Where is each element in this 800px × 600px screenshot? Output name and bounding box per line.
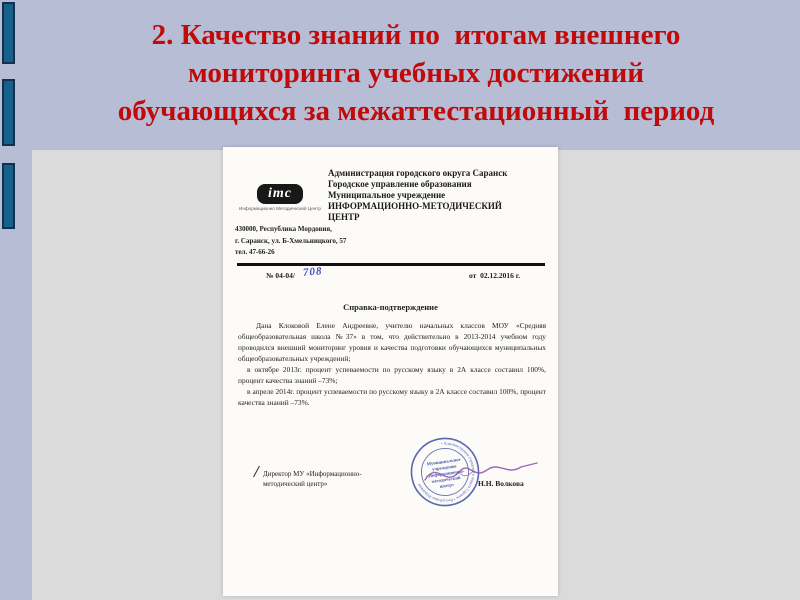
signatory-name: Н.Н. Волкова: [478, 479, 524, 488]
body-paragraph: в апреле 2014г. процент успеваемости по …: [238, 386, 546, 408]
org-line: Администрация городского округа Саранск: [328, 168, 550, 179]
document-date: от 02.12.2016 г.: [469, 271, 520, 280]
imc-logo: imc: [257, 184, 303, 204]
address-line: 430000, Республика Мордовия,: [235, 224, 415, 236]
address-line: тел. 47-66-26: [235, 247, 415, 259]
presentation-slide: { "slide": { "title_lines": [ "2. Качест…: [0, 0, 800, 600]
body-paragraph: Дана Клоковой Елене Андреевне, учителю н…: [238, 320, 546, 364]
signatory-position-line: Директор МУ «Информационно-: [263, 469, 383, 479]
signatory-position-line: методический центр»: [263, 479, 383, 489]
reference-number: № 04-04/: [266, 271, 295, 280]
letterhead-organization: Администрация городского округа Саранск …: [328, 168, 550, 223]
org-line: Муниципальное учреждение: [328, 190, 550, 201]
scanned-document: imc Информационно Методический Центр Адм…: [223, 147, 558, 596]
letterhead-divider: [237, 263, 545, 266]
slide-title: 2. Качество знаний по итогам внешнего мо…: [40, 16, 792, 130]
slide-title-line-3: обучающихся за межаттестационный период: [40, 92, 792, 130]
org-line: Городское управление образования: [328, 179, 550, 190]
accent-bar-2: [2, 79, 15, 146]
handwritten-signature: [419, 450, 545, 496]
body-paragraph: в октябре 2013г. процент успеваемости по…: [238, 364, 546, 386]
slide-title-line-2: мониторинга учебных достижений: [40, 54, 792, 92]
imc-logo-caption: Информационно Методический Центр: [225, 206, 335, 211]
org-line: ЦЕНТР: [328, 212, 550, 223]
slide-title-line-1: 2. Качество знаний по итогам внешнего: [40, 16, 792, 54]
accent-bar-3: [2, 163, 15, 229]
address-line: г. Саранск, ул. Б-Хмельницкого, 57: [235, 236, 415, 248]
letterhead-address: 430000, Республика Мордовия, г. Саранск,…: [235, 224, 415, 259]
accent-bar-1: [2, 2, 15, 64]
signature-slash-mark: /: [254, 462, 259, 482]
reference-number-handwritten: 708: [303, 265, 323, 279]
signatory-position: Директор МУ «Информационно- методический…: [263, 469, 383, 489]
document-title: Справка-подтверждение: [223, 302, 558, 312]
org-line: ИНФОРМАЦИОННО-МЕТОДИЧЕСКИЙ: [328, 201, 550, 212]
document-body: Дана Клоковой Елене Андреевне, учителю н…: [238, 320, 546, 408]
